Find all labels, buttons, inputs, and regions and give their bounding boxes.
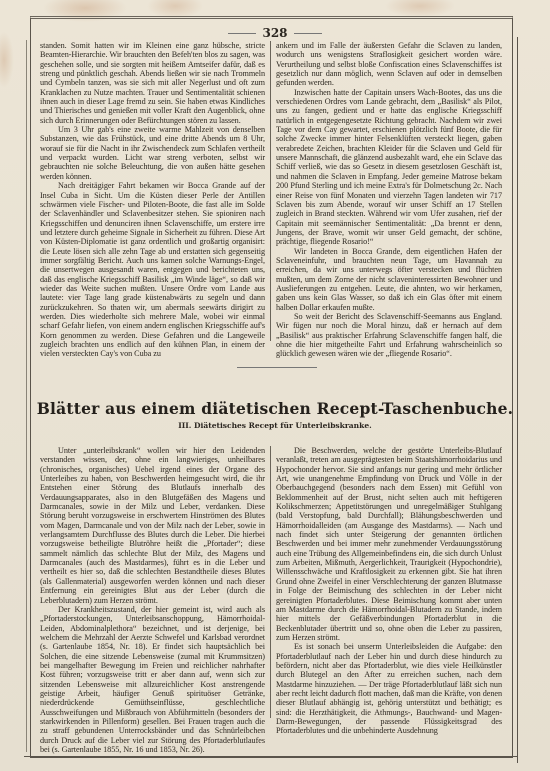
paragraph: Unter „unterleibskrank“ wollen wir hier … — [40, 446, 265, 605]
section-divider — [237, 367, 317, 368]
paragraph: Die Beschwerden, welche der gestörte Unt… — [276, 446, 502, 642]
paragraph: Es ist sonach bei unserm Unterleibsleide… — [276, 642, 502, 735]
column-divider — [270, 446, 271, 718]
paragraph: standen. Somit hatten wir im Kleinen ein… — [40, 41, 265, 125]
article-subtitle: III. Diätetisches Recept für Unterleibsk… — [0, 421, 550, 430]
paragraph: Inzwischen hatte der Capitain unsers Wac… — [276, 88, 502, 247]
article-left-column: Unter „unterleibskrank“ wollen wir hier … — [40, 446, 265, 754]
paragraph: So weit der Bericht des Sclavenschiff-Se… — [276, 312, 502, 359]
column-divider — [270, 41, 271, 341]
article-right-column: Die Beschwerden, welche der gestörte Unt… — [276, 446, 502, 736]
paragraph: Der Krankheitszustand, der hier gemeint … — [40, 605, 265, 755]
upper-right-column: ankern und im Falle der äußersten Gefahr… — [276, 41, 502, 359]
paragraph: ankern und im Falle der äußersten Gefahr… — [276, 41, 502, 88]
paragraph: Wir landeten in Bocca Grande, dem eigent… — [276, 247, 502, 312]
binding-margin-line — [26, 40, 27, 752]
upper-left-column: standen. Somit hatten wir im Kleinen ein… — [40, 41, 265, 359]
page-border-bottom — [24, 756, 518, 757]
paragraph: Um 3 Uhr gab's eine zweite warme Mahlzei… — [40, 125, 265, 181]
page-number: 328 — [0, 26, 550, 40]
paragraph: Nach dreitägiger Fahrt bekamen wir Bocca… — [40, 181, 265, 359]
article-title: Blätter aus einem diätetischen Recept-Ta… — [0, 399, 550, 418]
